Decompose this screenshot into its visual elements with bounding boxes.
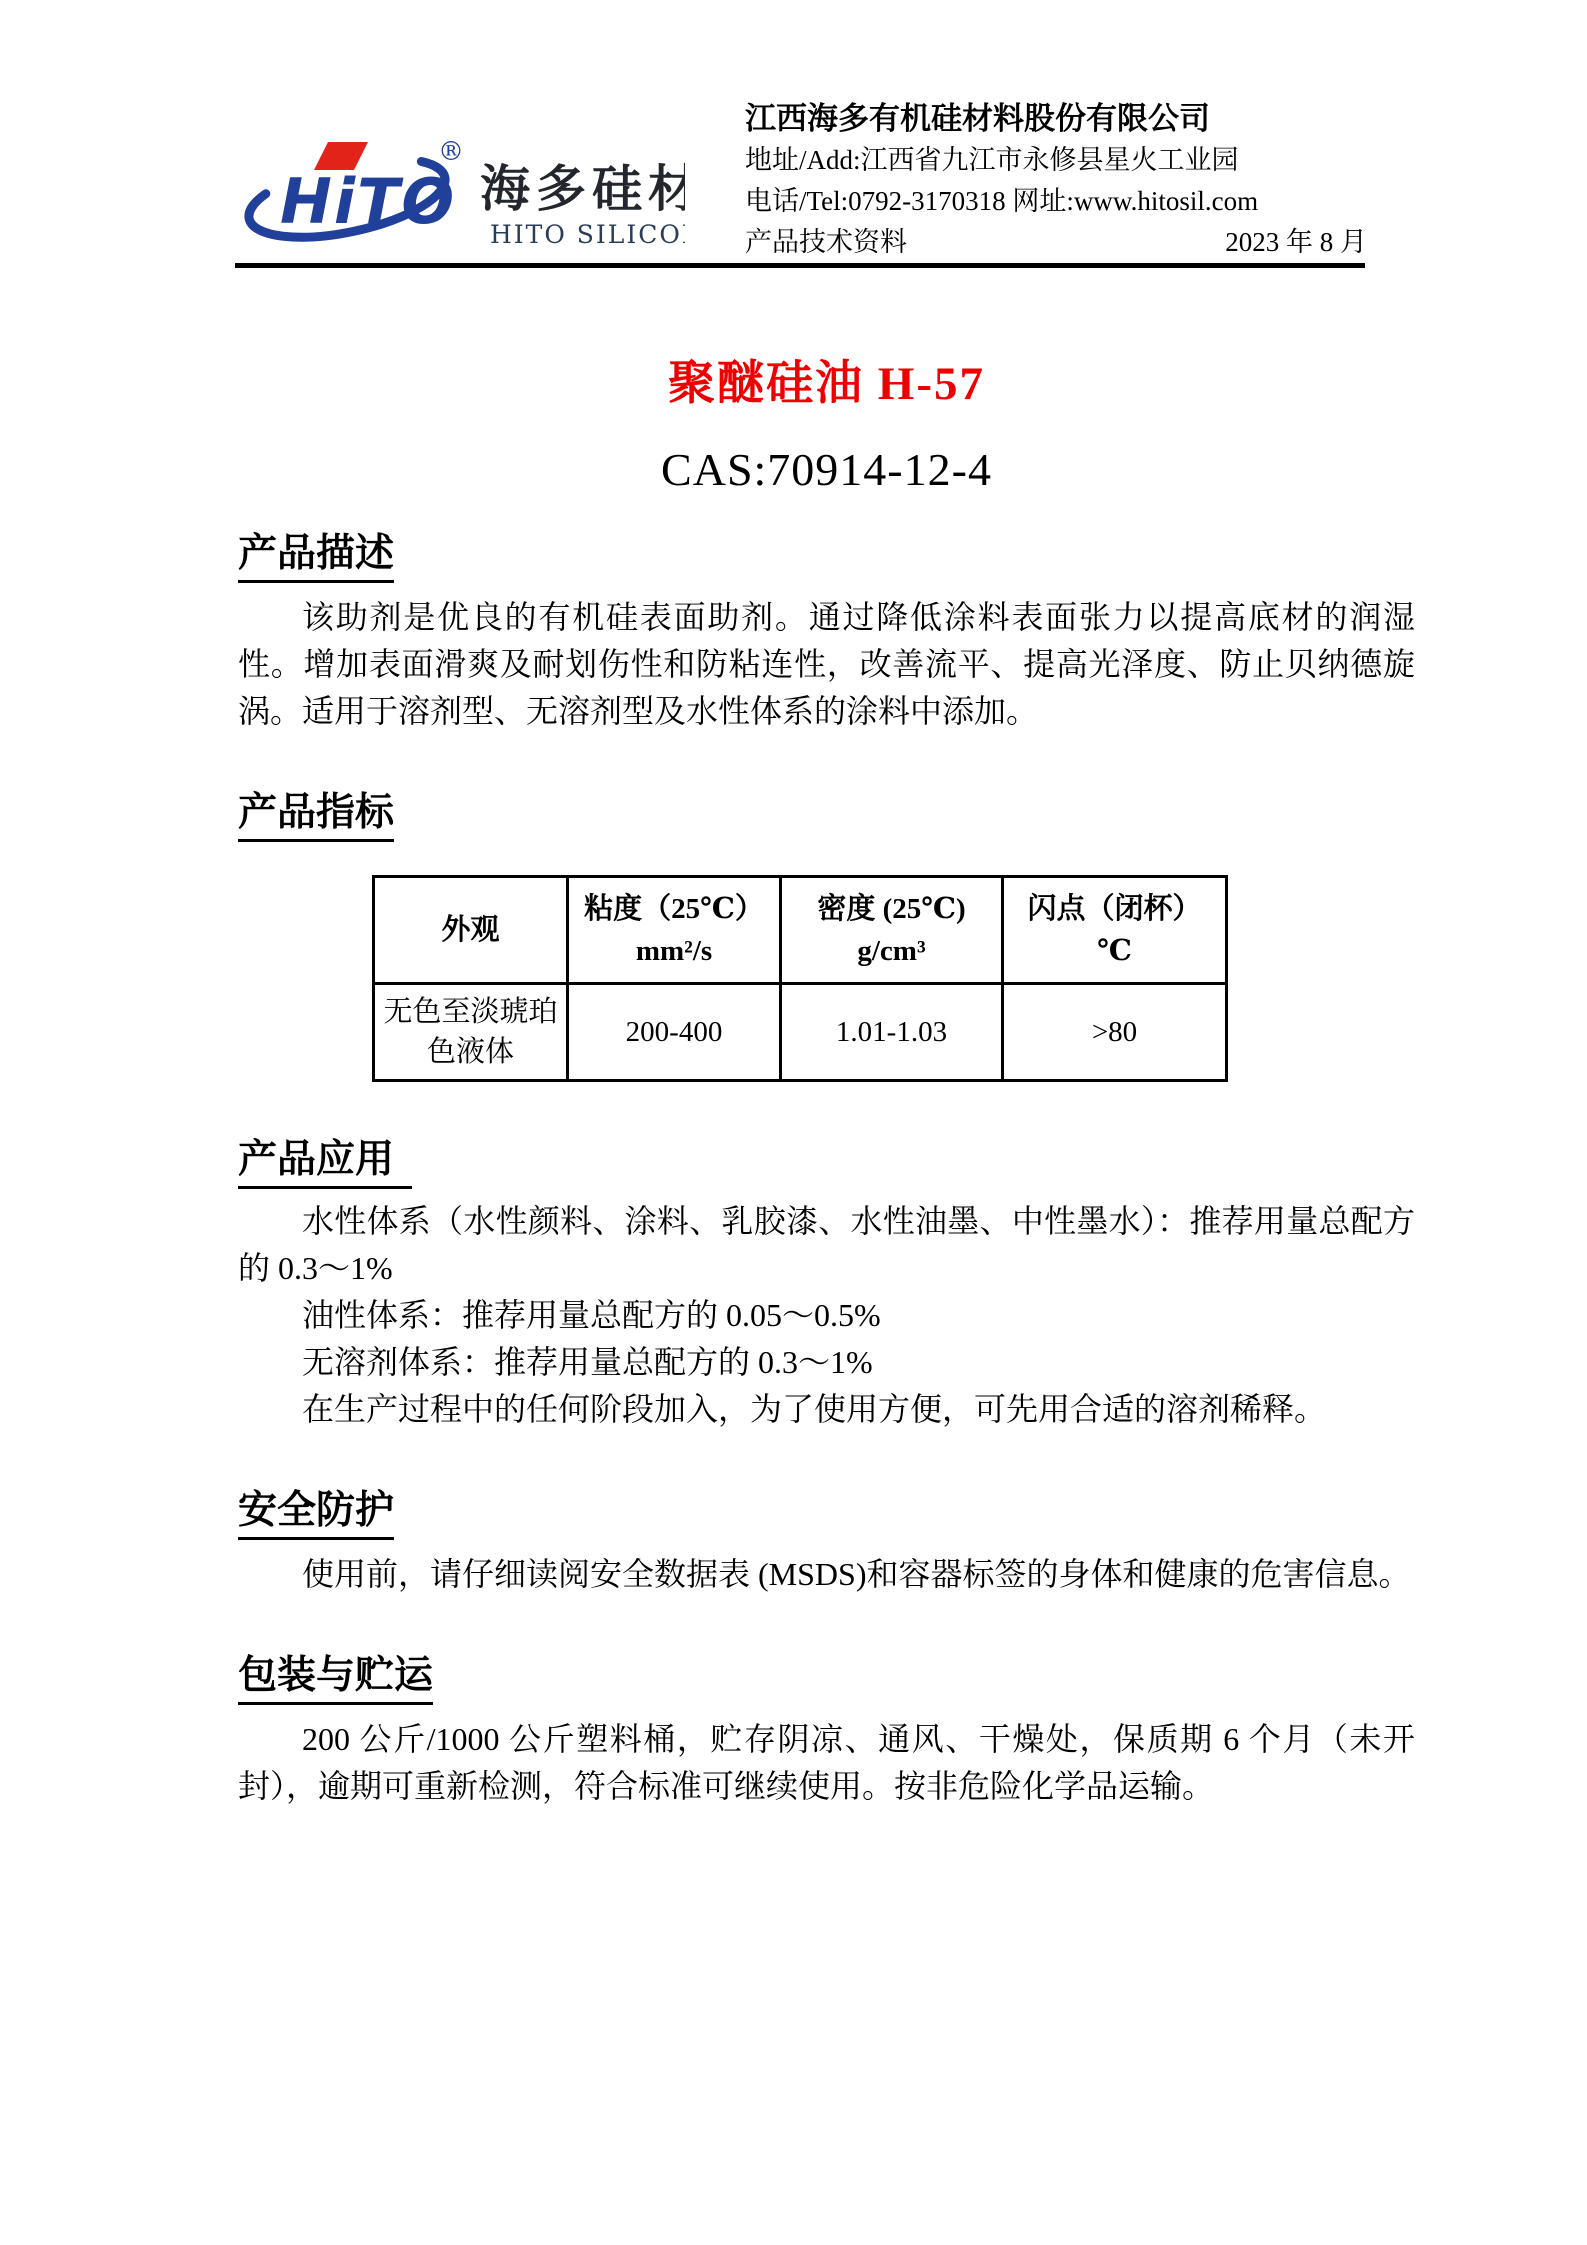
doc-date: 2023 年 8 月 xyxy=(1225,222,1367,262)
section-heading-specs-text: 产品指标 xyxy=(238,791,394,842)
company-address: 地址/Add:江西省九江市永修县星火工业园 xyxy=(745,140,1367,181)
spec-table-data-row: 无色至淡琥珀色液体 200-400 1.01-1.03 >80 xyxy=(374,984,1227,1081)
spec-header-unit: g/cm³ xyxy=(790,930,993,972)
doc-meta-row: 产品技术资料 2023 年 8 月 xyxy=(745,222,1367,262)
packaging-paragraph: 200 公斤/1000 公斤塑料桶，贮存阴凉、通风、干燥处，保质期 6 个月（未… xyxy=(238,1716,1415,1810)
spec-header-density: 密度 (25℃) g/cm³ xyxy=(781,877,1003,984)
logo-cn-name: 海多硅材 xyxy=(480,160,685,218)
header-divider xyxy=(235,263,1365,268)
product-title: 聚醚硅油 H-57 xyxy=(238,346,1415,413)
logo-en-name: HITO SILICONE xyxy=(490,220,685,249)
section-heading-description: 产品描述 xyxy=(238,522,1415,578)
doc-type-label: 产品技术资料 xyxy=(745,222,907,262)
spec-value-flashpoint: >80 xyxy=(1003,984,1227,1081)
spec-header-line: 闪点（闭杯） xyxy=(1012,888,1217,930)
application-paragraph: 在生产过程中的任何阶段加入，为了使用方便，可先用合适的溶剂稀释。 xyxy=(238,1386,1415,1433)
section-heading-application: 产品应用 xyxy=(238,1128,1415,1184)
spec-value-viscosity: 200-400 xyxy=(568,984,781,1081)
spec-header-appearance: 外观 xyxy=(374,877,568,984)
spec-header-line: 外观 xyxy=(383,909,558,951)
section-heading-description-text: 产品描述 xyxy=(238,532,394,583)
section-heading-safety: 安全防护 xyxy=(238,1479,1415,1535)
application-paragraph: 水性体系（水性颜料、涂料、乳胶漆、水性油墨、中性墨水）：推荐用量总配方的 0.3… xyxy=(238,1198,1415,1292)
cas-number: CAS:70914-12-4 xyxy=(238,443,1415,496)
document-body: 聚醚硅油 H-57 CAS:70914-12-4 产品描述 该助剂是优良的有机硅… xyxy=(238,346,1415,1810)
section-heading-specs: 产品指标 xyxy=(238,781,1415,837)
spec-header-line: 粘度（25℃） xyxy=(577,888,771,930)
spec-header-line: 密度 (25℃) xyxy=(790,888,993,930)
spec-header-flashpoint: 闪点（闭杯） ℃ xyxy=(1003,877,1227,984)
spec-value-appearance: 无色至淡琥珀色液体 xyxy=(374,984,568,1081)
safety-paragraph: 使用前，请仔细读阅安全数据表 (MSDS)和容器标签的身体和健康的危害信息。 xyxy=(238,1551,1415,1598)
spec-header-unit: mm²/s xyxy=(577,930,771,972)
company-name: 江西海多有机硅材料股份有限公司 xyxy=(745,98,1367,140)
spec-value-density: 1.01-1.03 xyxy=(781,984,1003,1081)
company-contact: 电话/Tel:0792-3170318 网址:www.hitosil.com xyxy=(745,181,1367,222)
section-heading-application-text: 产品应用 xyxy=(238,1138,412,1189)
document-page: HiTO ® 海多硅材 HITO SILICONE 江西海多有机硅材料股份有限公… xyxy=(0,0,1587,2245)
application-paragraph: 油性体系：推荐用量总配方的 0.05～0.5% xyxy=(238,1292,1415,1339)
section-heading-packaging: 包装与贮运 xyxy=(238,1644,1415,1700)
section-heading-safety-text: 安全防护 xyxy=(238,1489,394,1540)
company-info-block: 江西海多有机硅材料股份有限公司 地址/Add:江西省九江市永修县星火工业园 电话… xyxy=(745,98,1367,262)
description-paragraph: 该助剂是优良的有机硅表面助剂。通过降低涂料表面张力以提高底材的润湿性。增加表面滑… xyxy=(238,594,1415,735)
spec-header-unit: ℃ xyxy=(1012,930,1217,972)
spec-table: 外观 粘度（25℃） mm²/s 密度 (25℃) g/cm³ 闪点（闭杯） ℃… xyxy=(372,875,1228,1082)
application-paragraph: 无溶剂体系：推荐用量总配方的 0.3～1% xyxy=(238,1339,1415,1386)
section-heading-packaging-text: 包装与贮运 xyxy=(238,1654,433,1705)
hito-logo: HiTO ® 海多硅材 HITO SILICONE xyxy=(240,126,685,261)
registered-mark: ® xyxy=(438,137,464,167)
spec-table-header-row: 外观 粘度（25℃） mm²/s 密度 (25℃) g/cm³ 闪点（闭杯） ℃ xyxy=(374,877,1227,984)
spec-header-viscosity: 粘度（25℃） mm²/s xyxy=(568,877,781,984)
logo-brand-text: HiTO xyxy=(280,165,456,238)
hito-logo-graphic: HiTO ® 海多硅材 HITO SILICONE xyxy=(240,126,685,256)
